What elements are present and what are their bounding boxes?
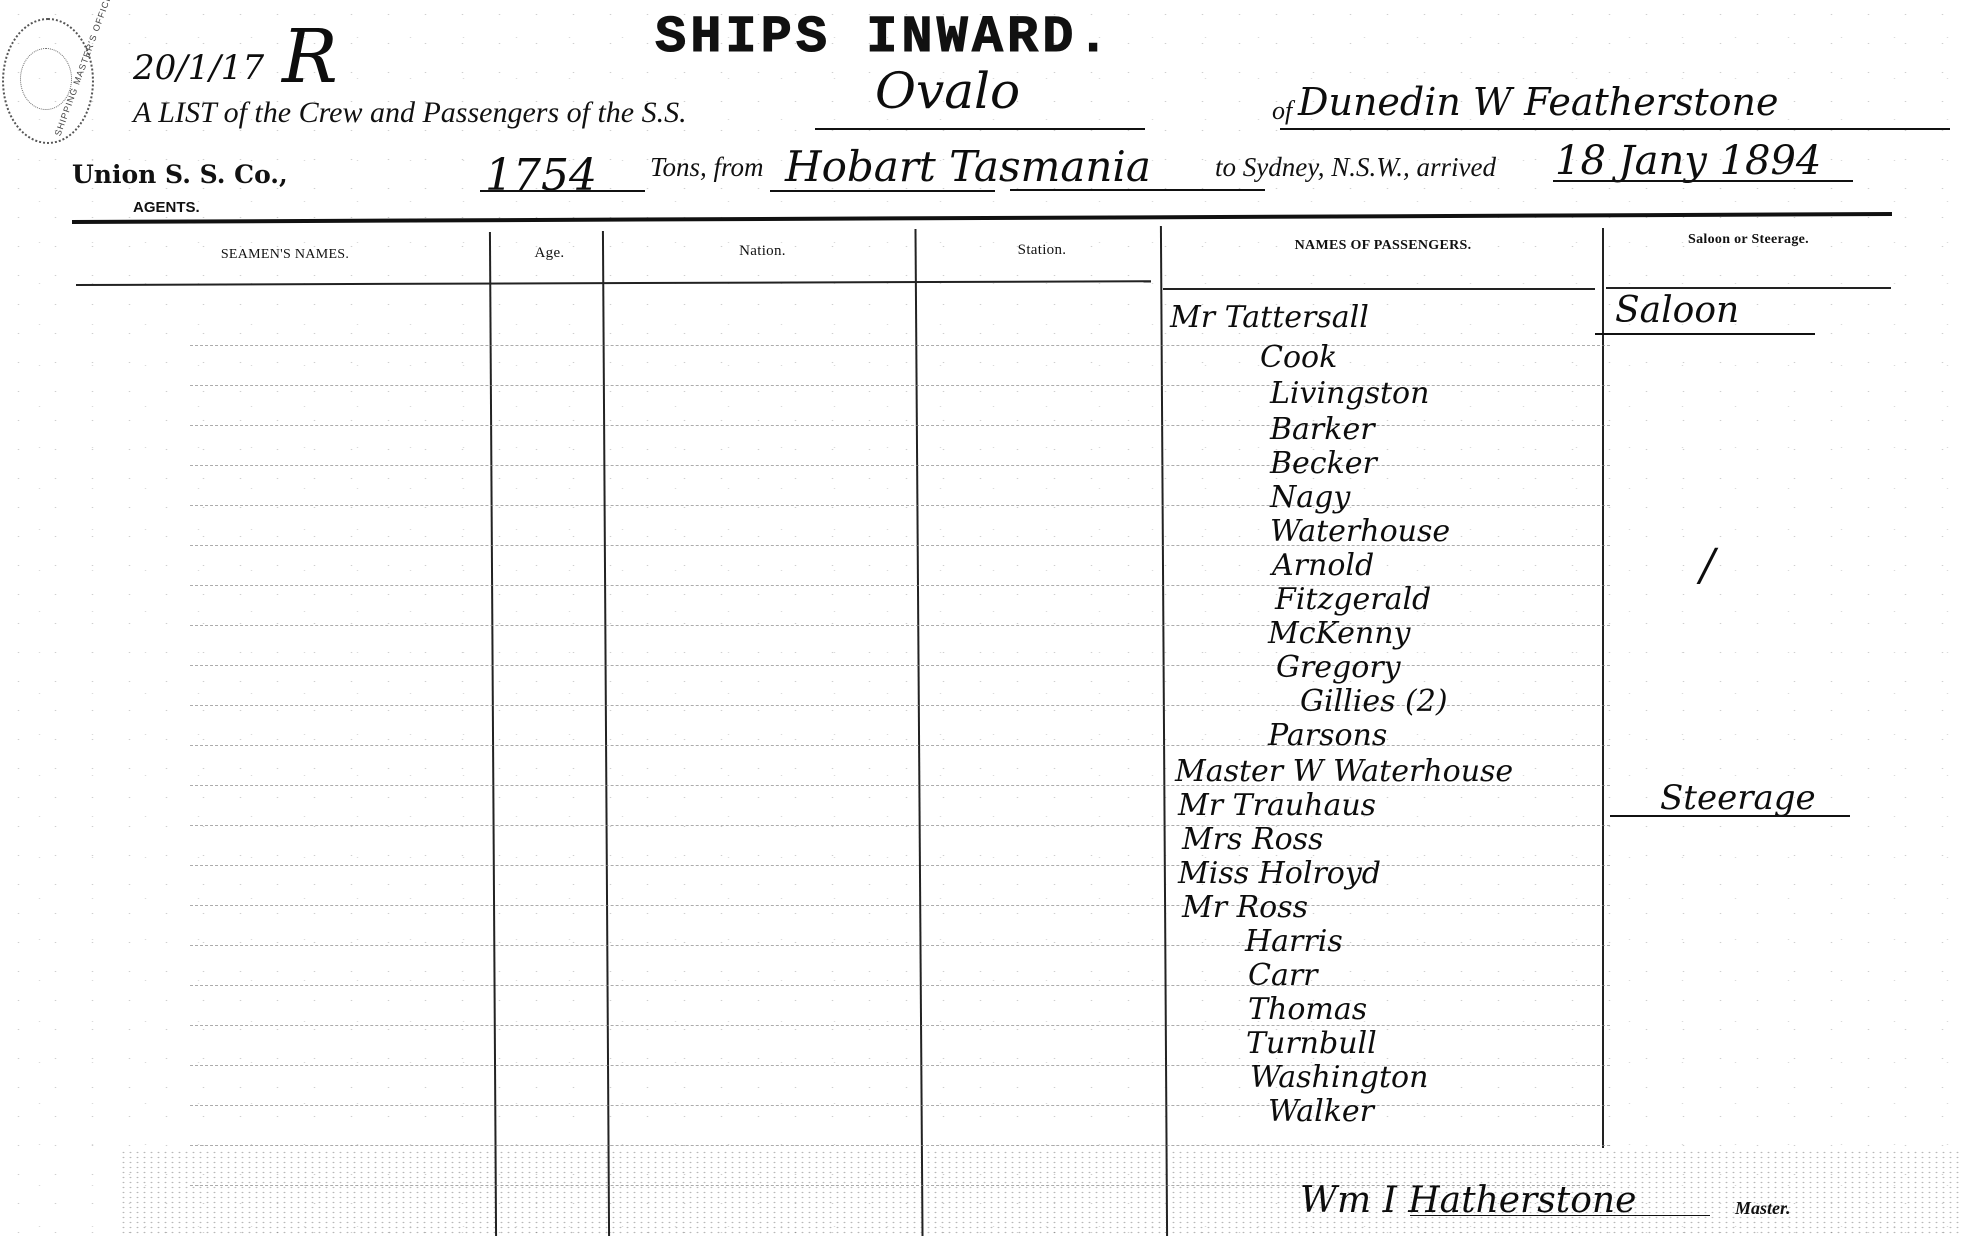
column-header-station: Station. — [922, 242, 1162, 259]
column-header-passenger-names: NAMES OF PASSENGERS. — [1168, 238, 1598, 254]
of-label: of — [1272, 96, 1292, 126]
destination-label: to Sydney, N.S.W., arrived — [1215, 152, 1496, 183]
passenger-name: Washington — [1250, 1060, 1428, 1095]
passenger-name: Mr Tattersall — [1170, 300, 1369, 335]
ruled-row-line — [190, 465, 1610, 466]
ruled-row-line — [190, 505, 1610, 506]
column-header-saloon-or-steerage: Saloon or Steerage. — [1606, 232, 1891, 248]
ship-name-underline — [815, 128, 1145, 130]
passenger-name: Walker — [1268, 1094, 1374, 1129]
arrival-date-underline — [1553, 180, 1853, 182]
ruled-row-line — [190, 825, 1610, 826]
column-divider-nation — [602, 231, 610, 1236]
passenger-name: Nagy — [1270, 480, 1350, 515]
passenger-name: Livingston — [1270, 376, 1429, 411]
ruled-row-line — [190, 1105, 1610, 1106]
initials-mark: R — [282, 14, 338, 100]
column-header-nation: Nation. — [610, 243, 915, 260]
ruled-row-line — [190, 865, 1610, 866]
header-bottom-rule-passengers — [1163, 288, 1595, 290]
passenger-name: Barker — [1270, 412, 1375, 447]
agents-label: AGENTS. — [133, 199, 200, 216]
passenger-name: Cook — [1260, 340, 1337, 375]
arrival-date-value: 18 Jany 1894 — [1555, 138, 1821, 184]
column-divider-station — [914, 229, 923, 1236]
passenger-name: Carr — [1248, 958, 1318, 993]
header-bottom-rule-class — [1606, 287, 1891, 289]
bottom-scan-noise — [120, 1150, 1962, 1236]
ruled-row-line — [190, 985, 1610, 986]
column-header-seamen-names: SEAMEN'S NAMES. — [90, 247, 480, 263]
tonnage-underline — [480, 190, 645, 192]
steerage-underline — [1610, 815, 1850, 817]
column-divider-age — [489, 232, 497, 1236]
ruled-row-line — [190, 905, 1610, 906]
header-bottom-rule-left — [76, 280, 1151, 286]
column-header-age: Age. — [497, 245, 602, 262]
port-of-registry-value: Dunedin W Featherstone — [1298, 80, 1779, 124]
master-label: Master. — [1735, 1198, 1791, 1219]
tonnage-value: 1754 — [485, 150, 597, 201]
list-prefix-label: A LIST of the Crew and Passengers of the… — [133, 96, 687, 130]
saloon-underline — [1595, 333, 1815, 335]
passenger-name: Becker — [1270, 446, 1377, 481]
port-of-registry-underline — [1280, 128, 1950, 130]
class-entry-steerage: Steerage — [1660, 778, 1816, 818]
passenger-name: McKenny — [1268, 616, 1410, 651]
class-entry-ditto-mark: / — [1700, 540, 1715, 591]
column-divider-passengers — [1160, 226, 1168, 1236]
passenger-name: Mr Ross — [1182, 890, 1308, 925]
reference-note: 20/1/17 — [133, 48, 264, 88]
ruled-row-line — [190, 1025, 1610, 1026]
passenger-name: Mr Trauhaus — [1178, 788, 1376, 823]
from-port-underline — [770, 190, 995, 192]
passenger-name: Fitzgerald — [1275, 582, 1431, 617]
from-port-value: Hobart Tasmania — [785, 142, 1151, 191]
passenger-name: Harris — [1245, 924, 1343, 959]
passenger-name: Turnbull — [1246, 1026, 1377, 1061]
ruled-row-line — [190, 1145, 1610, 1146]
table-top-rule — [72, 212, 1892, 224]
class-entry-saloon: Saloon — [1615, 290, 1739, 331]
passenger-name: Parsons — [1268, 718, 1387, 753]
passenger-name: Waterhouse — [1270, 514, 1450, 549]
page-title: SHIPS INWARD. — [655, 8, 1113, 67]
signature-line — [1410, 1215, 1710, 1216]
passenger-name: Arnold — [1272, 548, 1374, 583]
tons-from-label: Tons, from — [650, 152, 764, 183]
from-port-underline-2 — [1010, 189, 1265, 191]
passenger-name: Miss Holroyd — [1178, 856, 1381, 891]
ruled-row-line — [190, 425, 1610, 426]
ruled-row-line — [190, 345, 1610, 346]
agent-name: Union S. S. Co., — [72, 160, 288, 189]
column-divider-class — [1602, 228, 1604, 1148]
passenger-name: Thomas — [1248, 992, 1367, 1027]
ruled-row-line — [190, 945, 1610, 946]
ruled-row-line — [190, 745, 1610, 746]
passenger-name: Master W Waterhouse — [1175, 754, 1513, 789]
passenger-name: Gillies (2) — [1300, 684, 1448, 719]
passenger-name: Gregory — [1276, 650, 1401, 685]
passenger-name: Mrs Ross — [1182, 822, 1323, 857]
ship-name-value: Ovalo — [875, 62, 1020, 120]
